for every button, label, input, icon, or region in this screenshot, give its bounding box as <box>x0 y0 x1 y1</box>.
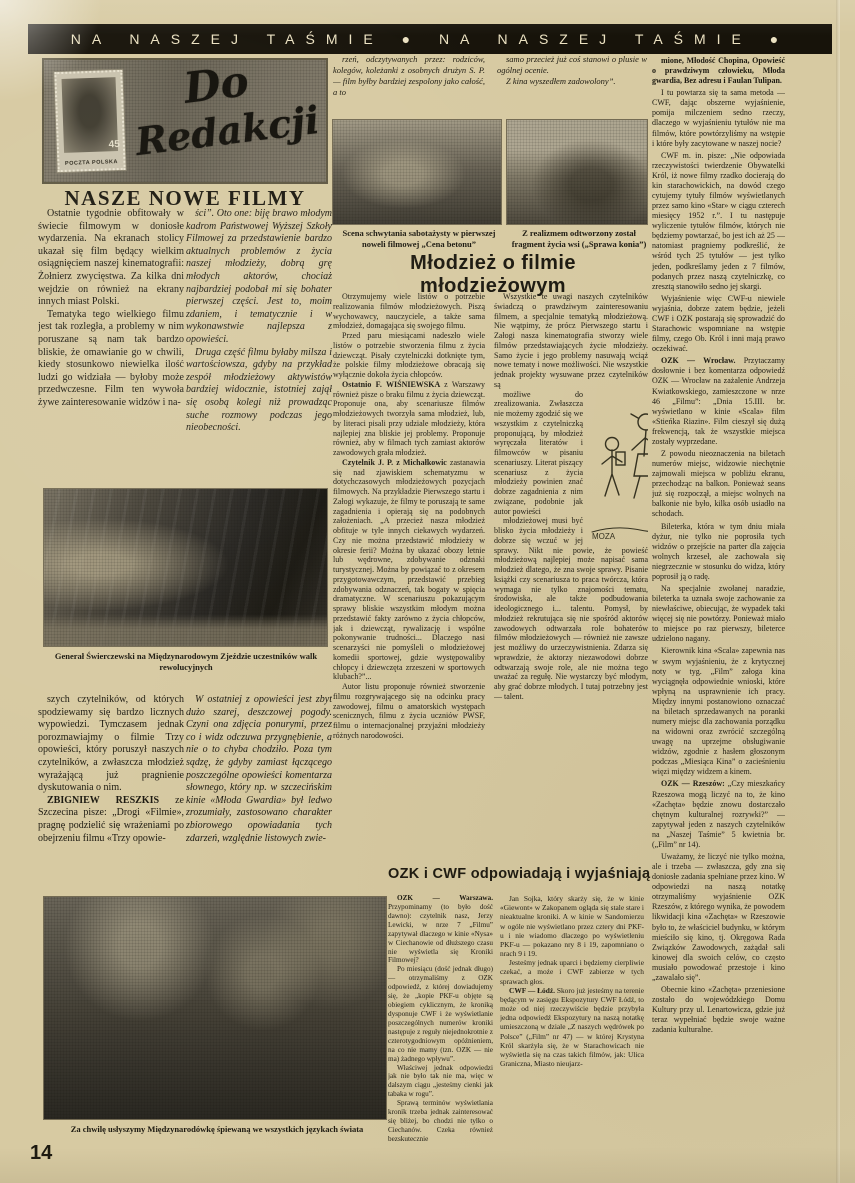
paragraph-lead: CWF — Łódź. <box>509 986 557 995</box>
paragraph: Autor listu proponuje również stworzenie… <box>333 682 485 741</box>
article-column: mione, Młodość Chopina, Opowieść o prawd… <box>652 54 785 1134</box>
paragraph: OZK — Warszawa. Przypominamy (to było do… <box>388 894 493 965</box>
paragraph: Po miesiącu (dość jednak długo) — otrzym… <box>388 965 493 1063</box>
do-redakcji-script-title: Do <box>181 56 251 112</box>
halftone-texture <box>44 489 327 646</box>
photo-caption: Generał Świerczewski na Międzynarodowym … <box>48 651 324 673</box>
paragraph: Tematyka tego wielkiego filmu jest tak r… <box>38 309 184 410</box>
paragraph: I tu powtarza się ta sama metoda — CWF, … <box>652 88 785 148</box>
paragraph-lead: OZK — Wrocław. <box>661 356 744 365</box>
paragraph: Czytelnik J. P. z Michałkowic zastanawia… <box>333 458 485 682</box>
photo-caption: Z realizmem odtworzony został fragment ż… <box>507 228 651 250</box>
paragraph: szych czytelników, od których spodziewam… <box>38 694 184 795</box>
paragraph: ZBIGNIEW RESZKIS ze Szczecina pisze: „Dr… <box>38 795 184 845</box>
paragraph-lead: Czytelnik J. P. z Michałkowic <box>342 458 450 467</box>
paragraph-lead: OZK — Rzeszów: <box>661 779 728 788</box>
paragraph: Na specjalnie zwołanej naradzie, bileter… <box>652 584 785 644</box>
do-redakcji-script-title: Redakcji <box>133 97 322 164</box>
page-fold <box>836 0 840 1183</box>
paragraph: OZK — Wrocław. Przytaczamy dosłownie i b… <box>652 356 785 447</box>
halftone-texture <box>44 897 386 1119</box>
article-column: Ostatnie tygodnie obfitowały w świecie f… <box>38 208 184 488</box>
paragraph: mione, Młodość Chopina, Opowieść o prawd… <box>652 56 785 86</box>
paragraph: Ostatnie tygodnie obfitowały w świecie f… <box>38 208 184 309</box>
cartoon-illustration: MOZA <box>588 392 648 542</box>
paragraph: Druga część filmu byłaby milsza i wartoś… <box>186 347 332 435</box>
paragraph: Sprawą terminów wyświetlania kronik trze… <box>388 1099 493 1144</box>
paragraph: Obecnie kino «Zachęta» przeniesione zost… <box>652 985 785 1035</box>
article-column: OZK — Warszawa. Przypominamy (to było do… <box>388 894 493 1178</box>
paragraph: W ostatniej z opowieści jest zbyt dużo s… <box>186 694 332 845</box>
cartoon-signature: MOZA <box>592 532 616 541</box>
halftone-texture <box>333 120 501 224</box>
paragraph-lead: Ostatnio F. WIŚNIEWSKA <box>342 380 444 389</box>
headline-ozk-cwf: OZK i CWF odpowiadają i wyjaśniają <box>388 866 692 882</box>
page-number: 14 <box>30 1142 52 1165</box>
paragraph: Jan Sojka, który skarży się, że w kinie … <box>500 894 644 958</box>
paragraph: samo przecież już coś stanowi o plusie w… <box>497 54 647 76</box>
paragraph: Wszystkie te uwagi naszych czytelników ś… <box>494 292 648 390</box>
paragraph: OZK — Rzeszów: „Czy mieszkańcy Rzeszowa … <box>652 779 785 850</box>
article-column: samo przecież już coś stanowi o plusie w… <box>497 54 647 118</box>
paragraph-lead: OZK — Warszawa. <box>397 894 493 902</box>
photo-caption: Scena schwytania sabotażysty w pierwszej… <box>333 228 505 250</box>
section-banner: NA NASZEJ TAŚMIE ● NA NASZEJ TAŚMIE ● <box>28 24 832 54</box>
article-column: ści”. Oto one: biję brawo młodym kadrom … <box>186 208 332 488</box>
paragraph: Otrzymujemy wiele listów o potrzebie rea… <box>333 292 485 331</box>
article-column: szych czytelników, od których spodziewam… <box>38 694 184 892</box>
paragraph: młodzieżowej musi być blisko życia młodz… <box>494 516 648 701</box>
paragraph: Właściwej jednak odpowiedzi jak nie było… <box>388 1064 493 1100</box>
postage-stamp: 45 POCZTA POLSKA <box>54 70 125 172</box>
article-column: Otrzymujemy wiele listów o potrzebie rea… <box>333 292 485 862</box>
paragraph: CWF m. in. pisze: „Nie odpowiada rzeczyw… <box>652 151 785 292</box>
photo-general-swierczewski <box>44 489 327 646</box>
paragraph: CWF — Łódź. Skoro już jesteśmy na tereni… <box>500 986 644 1069</box>
article-column: rzeń, odczytywanych przez: rodziców, kol… <box>333 54 485 118</box>
photo-caption: Za chwilę usłyszymy Międzynarodówkę śpie… <box>64 1124 370 1135</box>
paragraph: Ostatnio F. WIŚNIEWSKA z Warszawy równie… <box>333 380 485 458</box>
magazine-page: NA NASZEJ TAŚMIE ● NA NASZEJ TAŚMIE ● 45… <box>0 0 855 1183</box>
article-column: Wszystkie te uwagi naszych czytelników ś… <box>494 292 648 862</box>
paragraph: Z kina wyszedłem zadowolony”. <box>497 76 647 87</box>
paragraph: Uważamy, że liczyć nie tylko można, ale … <box>652 852 785 983</box>
do-redakcji-header-photo: 45 POCZTA POLSKA Do Redakcji <box>44 60 326 182</box>
paragraph: Przed paru miesiącami nadeszło wiele lis… <box>333 331 485 380</box>
article-column: W ostatniej z opowieści jest zbyt dużo s… <box>186 694 332 892</box>
paragraph: Bileterka, która w tym dniu miała dyżur,… <box>652 522 785 582</box>
photo-cena-betonu <box>333 120 501 224</box>
paragraph-lead: mione, Młodość Chopina, Opowieść o prawd… <box>652 56 785 85</box>
paragraph: Z powodu nieoznaczenia na biletach numer… <box>652 449 785 520</box>
paragraph: Jesteśmy jednak uparci i będziemy cierpl… <box>500 958 644 986</box>
paragraph: rzeń, odczytywanych przez: rodziców, kol… <box>333 54 485 98</box>
photo-sprawa-konia <box>507 120 647 224</box>
paragraph: ści”. Oto one: biję brawo młodym kadrom … <box>186 208 332 347</box>
photo-miedzynarodowka <box>44 897 386 1119</box>
halftone-texture <box>507 120 647 224</box>
stamp-value: 45 <box>109 139 121 150</box>
column-segment: Wszystkie te uwagi naszych czytelników ś… <box>494 292 648 390</box>
article-column: Jan Sojka, który skarży się, że w kinie … <box>500 894 644 1178</box>
stamp-country-label: POCZTA POLSKA <box>59 159 123 167</box>
paragraph-lead: ZBIGNIEW RESZKIS <box>47 795 175 806</box>
paragraph: Kierownik kina «Scala» zapewnia nas w sw… <box>652 646 785 777</box>
paragraph: Wyjaśnienie więc CWF-u niewiele wyjaśnia… <box>652 294 785 354</box>
